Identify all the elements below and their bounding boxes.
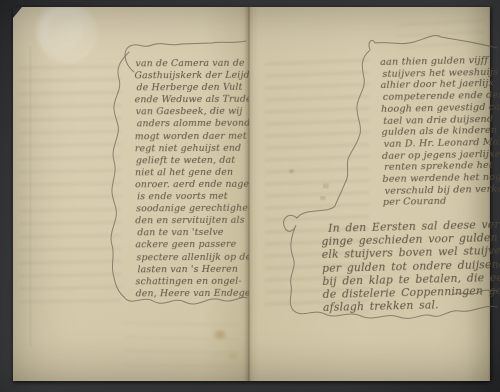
- watermark-circle: [37, 3, 97, 63]
- right-text-block-1: aan thien gulden vijffstuijvers het wees…: [380, 54, 500, 209]
- handwritten-line: niet al het gene den: [135, 167, 262, 180]
- right-text-block-2: In den Eersten sal deese verho-ginge ges…: [321, 218, 500, 315]
- handwritten-line: Gasthuijskerk der Leijden: [134, 70, 261, 83]
- handwritten-line: per Courand: [383, 195, 500, 209]
- handwritten-line: mogt worden daer met: [135, 130, 262, 143]
- left-page: van de Camera van deGasthuijskerk der Le…: [13, 7, 249, 381]
- manuscript-sheet: van de Camera van deGasthuijskerk der Le…: [13, 7, 490, 381]
- margin-mark-iii: iii: [323, 183, 329, 190]
- handwritten-line: van Gaesbeek, die wij: [136, 106, 262, 119]
- handwritten-line: onroer. aerd ende nagelaten: [135, 179, 262, 192]
- ink-showthrough-right-top: [399, 17, 485, 51]
- center-fold: [244, 7, 253, 381]
- handwritten-line: de Herberge den Vult: [136, 82, 261, 95]
- ink-showthrough-left: [19, 59, 121, 309]
- handwritten-line: van de Camera van de: [135, 58, 261, 71]
- stain-spot: [213, 329, 227, 340]
- stain-spot-small: [228, 352, 238, 360]
- handwritten-line: regt niet gehuijst end: [135, 142, 262, 155]
- handwritten-line: anders alomme bevonden: [137, 118, 262, 131]
- ink-showthrough-left-bottom: [123, 315, 238, 367]
- manuscript-photo: van de Camera van deGasthuijskerk der Le…: [0, 0, 500, 392]
- right-page: aan thien gulden vijffstuijvers het wees…: [249, 7, 490, 381]
- margin-mark-m: m: [320, 195, 326, 202]
- paper-crease: [30, 47, 31, 347]
- handwritten-line: ende Weduwe als Trude: [135, 94, 262, 107]
- margin-mark-w: w: [289, 168, 294, 175]
